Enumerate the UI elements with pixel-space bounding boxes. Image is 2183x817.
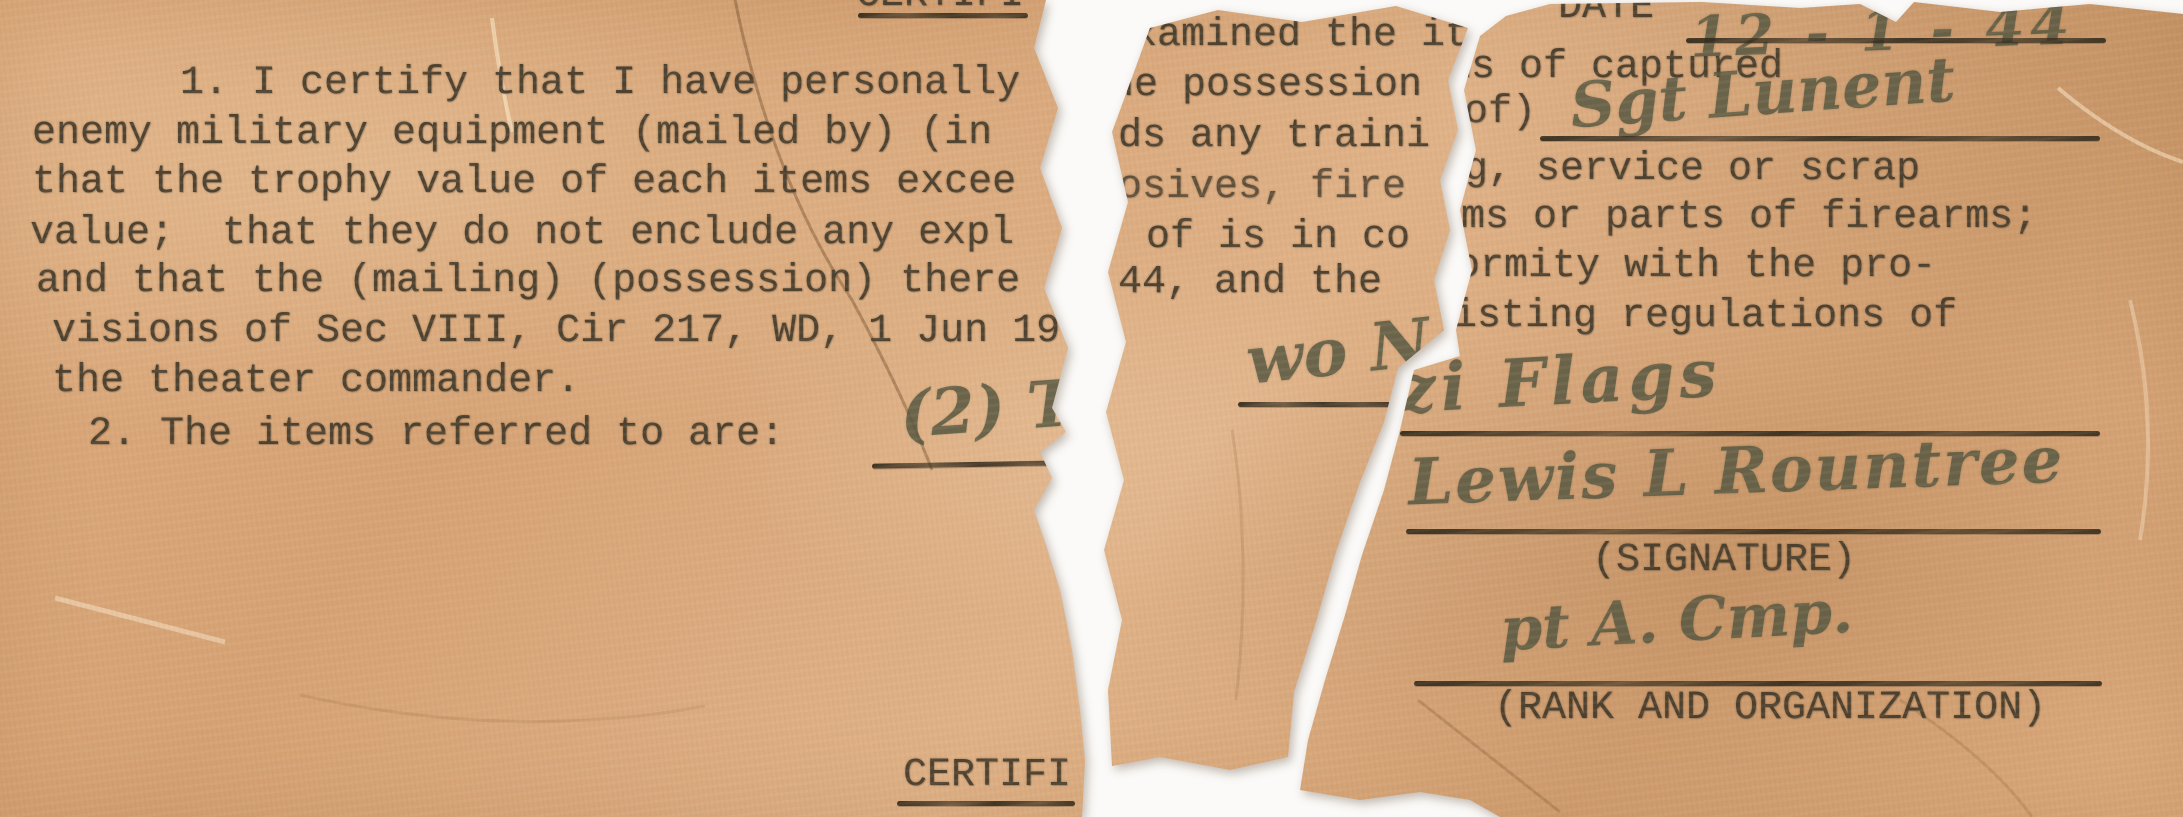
typed-line: visions of Sec VIII, Cir 217, WD, 1 Jun … — [52, 312, 1060, 352]
paper-crease-lines — [0, 0, 2183, 817]
paper-fragment-left: CERTIFI 1. I certify that I have persona… — [0, 0, 2183, 817]
handwritten-items-entry-middle: wo Na — [1243, 298, 1477, 399]
typed-line: ms of captured — [1447, 48, 1783, 88]
typed-line: rms or parts of firearms; — [1437, 198, 2037, 238]
typed-line: 44, and the — [1118, 263, 1382, 303]
signature-handwritten: Lewis L Rountree — [1407, 423, 2066, 521]
items-fill-in-rule — [872, 460, 1067, 468]
paper-crease-lines — [0, 0, 2183, 817]
typed-line: xamined the it — [1133, 16, 1469, 56]
items-fill-in-rule — [1400, 431, 2100, 436]
typed-line: 2. The items referred to are: — [88, 415, 784, 455]
items-fill-in-rule — [1238, 402, 1393, 407]
date-fill-in-rule — [1686, 38, 2106, 43]
typed-line: of is in co — [1146, 218, 1410, 258]
handwritten-items-entry-start: (2) T — [898, 366, 1078, 453]
rank-organization-label: (RANK AND ORGANIZATION) — [1494, 689, 2046, 729]
handwritten-items-entry-end: zi Flags — [1396, 334, 1723, 429]
typed-line: osives, fire — [1118, 168, 1406, 208]
typed-line: enemy military equipment (mailed by) (in — [32, 114, 992, 154]
typed-line: of) — [1464, 93, 1536, 133]
typed-line: ng, service or scrap — [1440, 150, 1920, 190]
paper-fragment-right: DATE 12 - 1 - 44 ms of captured of) Sgt … — [0, 0, 2183, 817]
paper-fragment-left-wrap: CERTIFI 1. I certify that I have persona… — [0, 0, 2183, 817]
typed-line: and that the (mailing) (possession) ther… — [36, 262, 1020, 302]
date-value-handwritten: 12 - 1 - 44 — [1689, 0, 2076, 71]
paper-fragment-right-wrap: DATE 12 - 1 - 44 ms of captured of) Sgt … — [0, 0, 2183, 817]
typed-line: that the trophy value of each items exce… — [32, 163, 1016, 203]
certificate-heading-bottom-partial: CERTIFI — [903, 756, 1071, 796]
rank-organization-rule — [1414, 681, 2102, 686]
possession-of-value-handwritten: Sgt Lunent — [1568, 43, 1957, 143]
rank-organization-handwritten: pt A. Cmp. — [1498, 577, 1854, 665]
signature-label: (SIGNATURE) — [1592, 541, 1856, 581]
typed-line: value; that they do not enclude any expl — [30, 214, 1014, 254]
document-scan: CERTIFI 1. I certify that I have persona… — [0, 0, 2183, 817]
typed-line: existing regulations of — [1405, 297, 1957, 337]
typed-line: the theater commander. — [52, 362, 580, 402]
typed-line: he possession — [1110, 66, 1422, 106]
heading-underline — [858, 13, 1028, 18]
date-label: DATE — [1558, 0, 1654, 28]
signature-rule — [1406, 529, 2101, 534]
certificate-heading-top-partial: CERTIFI — [856, 0, 1024, 16]
paper-fragment-middle-wrap: xamined the it he possession ds any trai… — [0, 0, 2183, 817]
paper-fragment-middle: xamined the it he possession ds any trai… — [0, 0, 2183, 817]
typed-line: nformity with the pro- — [1408, 247, 1936, 287]
typed-line: ds any traini — [1118, 117, 1430, 157]
heading-underline — [897, 801, 1075, 806]
paper-crease-lines — [0, 0, 2183, 817]
possession-fill-in-rule — [1540, 136, 2100, 141]
typed-line: 1. I certify that I have personally — [180, 64, 1020, 104]
